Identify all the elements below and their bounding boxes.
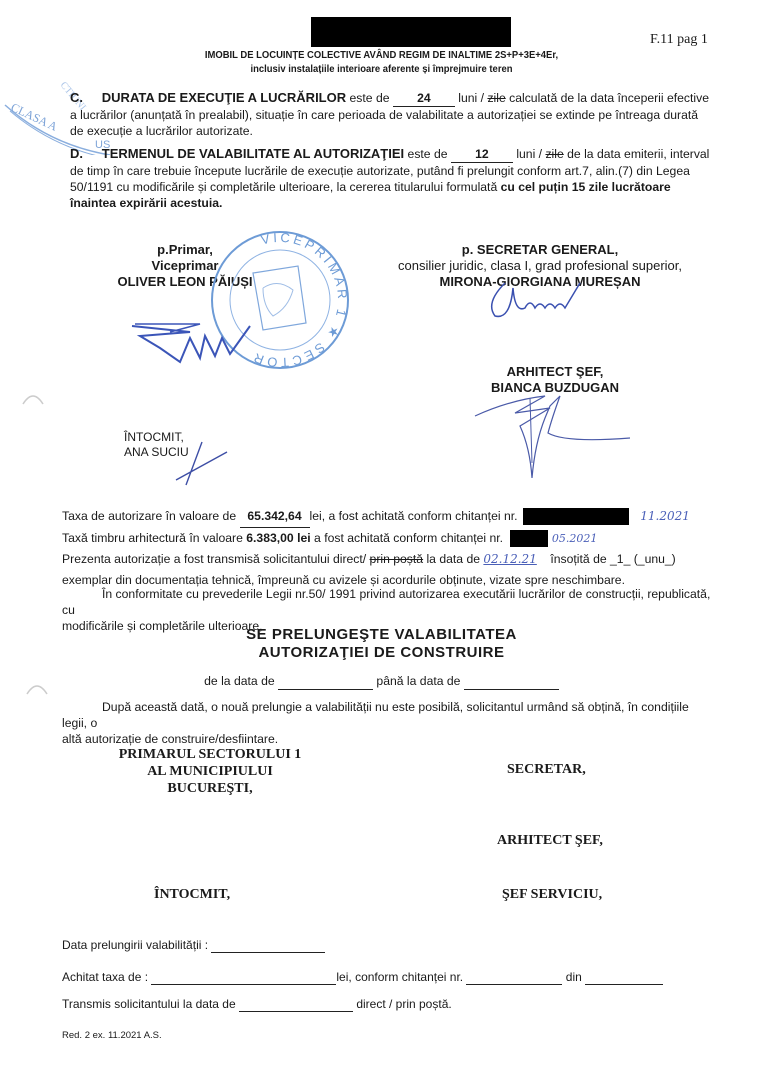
unit-days-struck: zile [545, 147, 563, 161]
section-c-title: DURATA DE EXECUŢIE A LUCRĂRILOR [102, 90, 346, 105]
unit-days-struck: zile [487, 91, 505, 105]
from-label: din [562, 970, 585, 984]
section-c-rest: calculată de la data începerii efective [506, 91, 709, 105]
prepared-by-signature-icon [172, 440, 232, 490]
section-c-letter: C. [70, 90, 83, 105]
extension-title-line-2: AUTORIZAŢIEI DE CONSTRUIRE [0, 644, 763, 662]
mayor-line-1: PRIMARUL SECTORULUI 1 [110, 746, 310, 763]
to-date-field[interactable] [464, 673, 559, 690]
section-d-line-3: 50/1191 cu modificările și completările … [70, 180, 501, 194]
prepared-by-label: ÎNTOCMIT, [154, 887, 230, 903]
authorization-fee-receipt-date: 11.2021 [640, 509, 690, 523]
receipt-label: lei, conform chitanței nr. [336, 970, 466, 984]
to-date-label: până la data de [373, 674, 464, 688]
by-post-struck: prin poștă [370, 552, 424, 566]
receipt-number-field[interactable] [466, 970, 562, 985]
execution-duration-value: 24 [393, 90, 455, 107]
section-d-line-2: de timp în care trebuie începute lucrări… [70, 163, 720, 179]
transmission-method: direct / prin poștă. [353, 997, 452, 1011]
from-date-label: de la data de [204, 674, 278, 688]
section-d-letter: D. [70, 146, 83, 161]
section-d-pre: este de [404, 147, 451, 161]
section-c-line-3: de execuție a lucrărilor autorizate. [70, 123, 710, 139]
chief-architect-label: ARHITECT ŞEF, [497, 833, 603, 849]
extension-note: După această dată, o nouă prelungie a va… [62, 699, 712, 747]
authorization-fee-label: Taxa de autorizare în valoare de [62, 509, 240, 523]
section-d-line-4: înaintea expirării acestuia. [70, 195, 720, 211]
extension-date-label: Data prelungirii valabilității : [62, 938, 211, 952]
mayor-line-2: AL MUNICIPIULUI BUCUREŞTI, [110, 763, 310, 797]
transmitted-date-field[interactable] [239, 997, 353, 1012]
secretary-role: p. SECRETAR GENERAL, [370, 242, 710, 258]
architecture-stamp-post: a fost achitată conform chitanței nr. [311, 531, 503, 545]
extension-title: SE PRELUNGEŞTE VALABILITATEA AUTORIZAŢIE… [0, 626, 763, 662]
header-line-2: inclusiv instalațiile interioare aferent… [38, 62, 725, 76]
extension-note-line-1: După această dată, o nouă prelungie a va… [62, 699, 712, 731]
fees-section: Taxa de autorizare în valoare de 65.342,… [62, 506, 712, 591]
transmitted-date-label: Transmis solicitantului la data de [62, 997, 239, 1011]
unit-months: luni / [458, 91, 487, 105]
mayor-block: PRIMARUL SECTORULUI 1 AL MUNICIPIULUI BU… [110, 746, 310, 797]
fee-paid-row: Achitat taxa de : lei, conform chitanței… [62, 970, 663, 985]
architecture-stamp-value: 6.383,00 lei [246, 531, 310, 545]
extension-intro-line-1: În conformitate cu prevederile Legii nr.… [62, 586, 712, 618]
transmitted-row: Transmis solicitantului la data de direc… [62, 997, 452, 1012]
secretary-title: consilier juridic, clasa I, grad profesi… [370, 258, 710, 274]
validity-term-value: 12 [451, 146, 513, 163]
extension-date-row: Data prelungirii valabilității : [62, 938, 325, 953]
chief-architect-role: ARHITECT ŞEF, [480, 364, 630, 380]
redacted-stamp-receipt [510, 530, 548, 547]
page-reference: F.11 pag 1 [650, 32, 708, 48]
redaction-note: Red. 2 ex. 11.2021 A.S. [62, 1030, 162, 1041]
receipt-date-field[interactable] [585, 970, 663, 985]
vice-mayor-signature-icon [130, 318, 270, 368]
transmitted-label: Prezenta autorizație a fost transmisă so… [62, 552, 370, 566]
redacted-receipt-number [523, 508, 629, 525]
head-of-service-label: ŞEF SERVICIU, [502, 887, 602, 903]
header-line-1: IMOBIL DE LOCUINȚE COLECTIVE AVÂND REGIM… [38, 48, 725, 62]
section-c: C. DURATA DE EXECUŢIE A LUCRĂRILOR este … [70, 90, 710, 139]
fee-paid-label: Achitat taxa de : [62, 970, 151, 984]
accompanied-by: însoțită de _1_ (_unu_) [547, 552, 676, 566]
section-c-line-2: a lucrărilor (anunțată în prealabil), si… [70, 107, 710, 123]
extension-title-line-1: SE PRELUNGEŞTE VALABILITATEA [0, 626, 763, 644]
architecture-stamp-receipt-date: 05.2021 [552, 532, 598, 545]
fee-paid-field[interactable] [151, 970, 336, 985]
extension-note-line-2: altă autorizație de construire/desfiinta… [62, 731, 712, 747]
architecture-stamp-label: Taxă timbru arhitectură în valoare [62, 531, 246, 545]
extension-dates: de la data de până la data de [0, 673, 763, 690]
section-d-rest: de la data emiterii, interval [564, 147, 710, 161]
unit-months: luni / [516, 147, 545, 161]
authorization-fee-post: lei, a fost achitată conform chitanței n… [310, 509, 518, 523]
section-d: D. TERMENUL DE VALABILITATE AL AUTORIZAŢ… [70, 146, 720, 211]
transmitted-date-label: la data de [423, 552, 483, 566]
redacted-title [311, 17, 511, 47]
secretary-label: SECRETAR, [507, 762, 586, 778]
section-d-title: TERMENUL DE VALABILITATE AL AUTORIZAŢIEI [102, 146, 404, 161]
section-c-pre: este de [346, 91, 393, 105]
authorization-fee-value: 65.342,64 [240, 506, 310, 528]
hole-punch-mark-icon [20, 388, 46, 408]
section-d-deadline: cu cel puțin 15 zile lucrătoare [501, 180, 671, 194]
architect-signature-icon [470, 388, 640, 488]
document-header: IMOBIL DE LOCUINȚE COLECTIVE AVÂND REGIM… [38, 48, 725, 76]
secretary-signature-icon [485, 278, 585, 323]
from-date-field[interactable] [278, 673, 373, 690]
transmitted-date: 02.12.21 [483, 552, 536, 566]
extension-date-field[interactable] [211, 938, 325, 953]
